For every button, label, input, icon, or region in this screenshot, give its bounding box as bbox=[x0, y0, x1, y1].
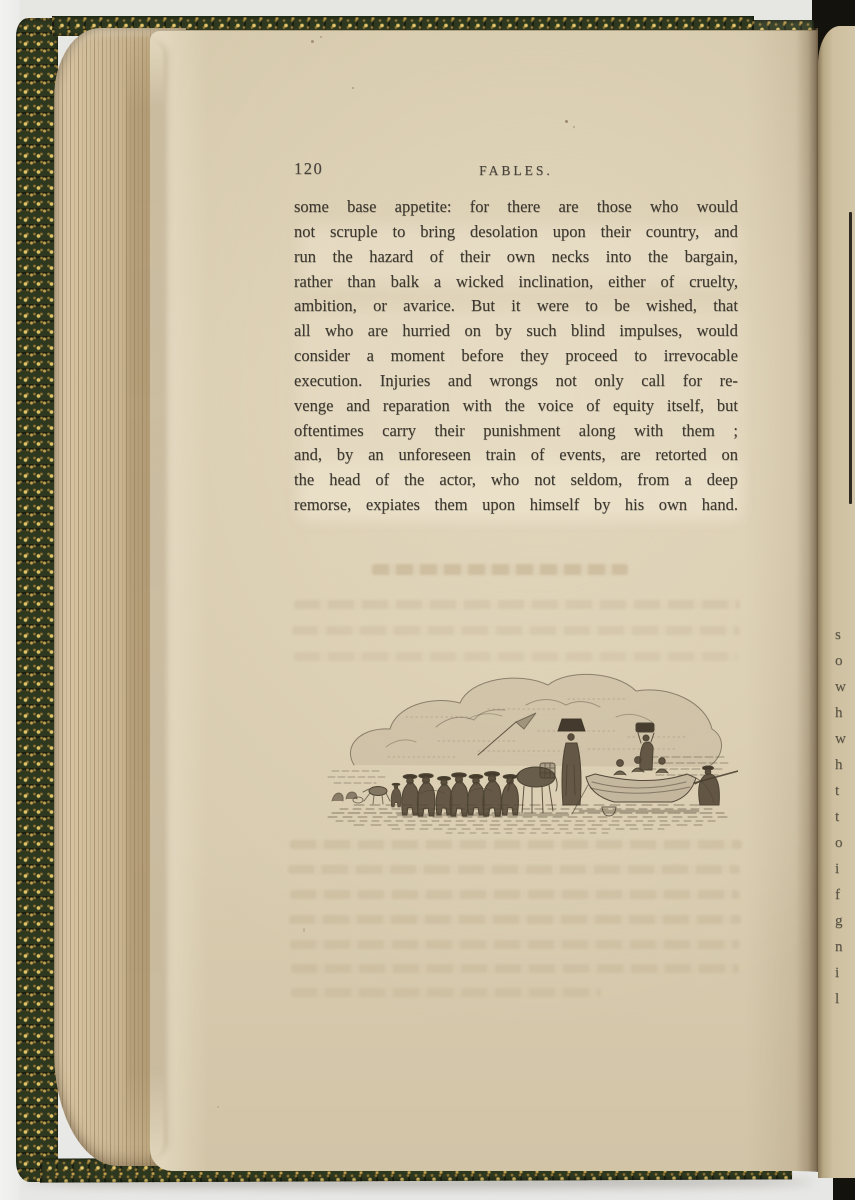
show-through-line bbox=[288, 865, 740, 874]
foxing-speck bbox=[573, 126, 575, 128]
text-line: and,byanunforeseentrainofevents,areretor… bbox=[294, 445, 738, 470]
foxing-speck bbox=[217, 1106, 219, 1108]
facing-page-letter: f bbox=[835, 882, 853, 908]
text-line: theheadoftheactor,whonotseldom,fromadeep bbox=[294, 470, 738, 495]
text-line: ambition,oravarice.Butitweretobewished,t… bbox=[294, 296, 738, 321]
facing-page-letter: l bbox=[835, 986, 853, 1012]
text-line: notscrupletobringdesolationupontheircoun… bbox=[294, 222, 738, 247]
facing-page-sliver: sowhwhttoifgnil bbox=[818, 26, 855, 1178]
show-through-heading bbox=[372, 564, 628, 575]
facing-page-letter: o bbox=[835, 648, 853, 674]
facing-page-letter: t bbox=[835, 804, 853, 830]
foxing-speck bbox=[311, 40, 314, 43]
text-line: allwhoarehurriedonbysuchblindimpulses,wo… bbox=[294, 321, 738, 346]
foxing-speck bbox=[320, 36, 322, 38]
show-through-line bbox=[290, 890, 740, 899]
text-line: somebaseappetite:fortherearethosewhowoul… bbox=[294, 197, 738, 222]
facing-page-letter: o bbox=[835, 830, 853, 856]
facing-page-letter: g bbox=[835, 908, 853, 934]
text-line: consideramomentbeforetheyproceedtoirrevo… bbox=[294, 346, 738, 371]
facing-page-letter: h bbox=[835, 752, 853, 778]
foxing-speck bbox=[352, 87, 354, 89]
fable-vignette-illustration bbox=[318, 665, 738, 837]
show-through-line bbox=[294, 600, 740, 609]
show-through-line bbox=[291, 988, 601, 997]
foxing-speck bbox=[303, 928, 305, 932]
text-line: execution.Injuriesandwrongsnotonlycallfo… bbox=[294, 371, 738, 396]
running-title: FABLES. bbox=[294, 163, 738, 179]
page-stain-band bbox=[126, 40, 164, 1158]
text-line: oftentimescarrytheirpunishmentalongwitht… bbox=[294, 421, 738, 446]
show-through-line bbox=[291, 964, 739, 973]
foxing-speck bbox=[565, 120, 568, 123]
text-line: ratherthanbalkawickedinclination,eithero… bbox=[294, 272, 738, 297]
facing-page-letter: t bbox=[835, 778, 853, 804]
facing-page-letter: w bbox=[835, 726, 853, 752]
facing-page-letter: i bbox=[835, 960, 853, 986]
show-through-line bbox=[290, 840, 742, 849]
show-through-line bbox=[292, 626, 740, 635]
facing-page-letter: s bbox=[835, 622, 853, 648]
show-through-line bbox=[290, 940, 740, 949]
facing-page-plate-border-line bbox=[849, 212, 852, 504]
show-through-line bbox=[289, 915, 741, 924]
body-text: somebaseappetite:fortherearethosewhowoul… bbox=[294, 197, 738, 520]
facing-page-letter: h bbox=[835, 700, 853, 726]
text-line: runthehazardoftheirownnecksintothebargai… bbox=[294, 247, 738, 272]
facing-page-letter: w bbox=[835, 674, 853, 700]
facing-page-line-starts: sowhwhttoifgnil bbox=[835, 622, 853, 1012]
show-through-line bbox=[294, 652, 738, 661]
text-line: remorse,expiatesthemuponhimselfbyhisownh… bbox=[294, 495, 738, 520]
text-line: vengeandreparationwiththevoiceofequityit… bbox=[294, 396, 738, 421]
gutter-shadow bbox=[796, 28, 818, 1172]
facing-page-letter: i bbox=[835, 856, 853, 882]
facing-page-letter: n bbox=[835, 934, 853, 960]
cover-gilt-border-left bbox=[16, 18, 58, 1182]
